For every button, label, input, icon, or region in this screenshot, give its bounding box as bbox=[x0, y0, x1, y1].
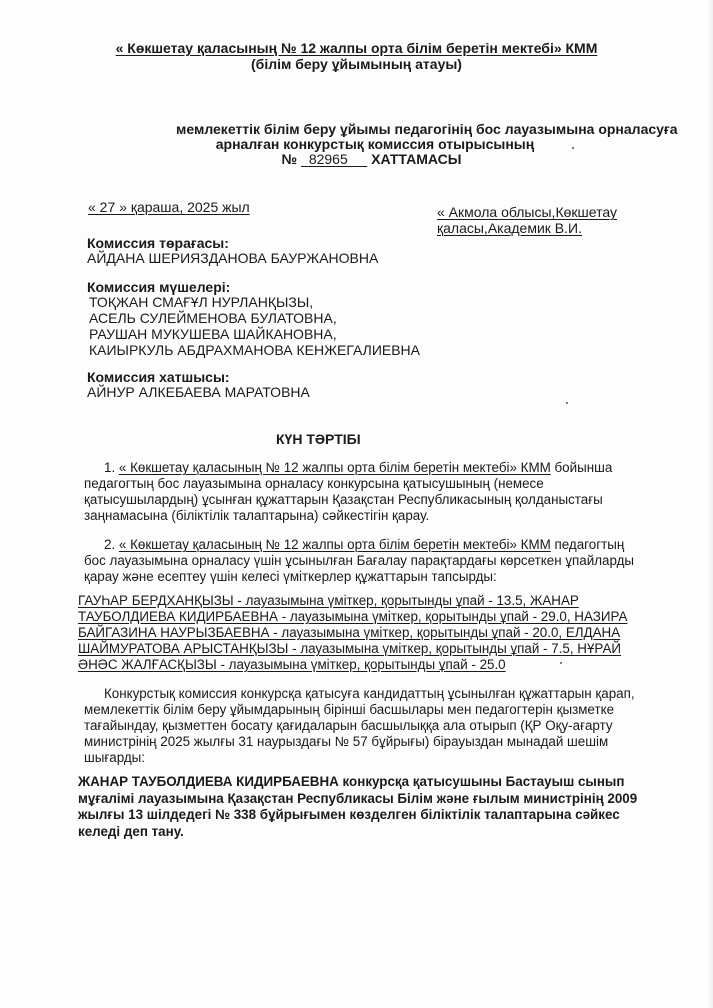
decision-paragraph: ЖАНАР ТАУБОЛДИЕВА КИДИРБАЕВНА конкурсқа … bbox=[78, 774, 658, 840]
document-page: « Көкшетау қаласының № 12 жалпы орта біл… bbox=[0, 0, 713, 1008]
agenda-item-2: 2. « Көкшетау қаласының № 12 жалпы орта … bbox=[84, 537, 644, 585]
meeting-place-line1: « Акмола облысы,Көкшетау bbox=[437, 204, 617, 220]
scan-speck bbox=[572, 147, 574, 149]
protocol-number-line: № 82965 ХАТТАМАСЫ bbox=[0, 151, 713, 167]
organization-subtitle: (білім беру ұйымының атауы) bbox=[0, 56, 713, 72]
protocol-number: 82965 bbox=[301, 151, 367, 167]
agenda-item-number: 1. bbox=[104, 460, 115, 475]
candidates-list: ГАУҺАР БЕРДХАНҚЫЗЫ - лауазымына үміткер,… bbox=[78, 593, 658, 673]
members-label: Комиссия мүшелері: bbox=[87, 279, 230, 295]
meeting-place-line2: қаласы,Академик В.И. bbox=[437, 220, 617, 236]
member-name: КАИЫРКУЛЬ АБДРАХМАНОВА КЕНЖЕГАЛИЕВНА bbox=[89, 342, 420, 358]
meeting-date: « 27 » қараша, 2025 жыл bbox=[88, 199, 250, 215]
agenda-item-org: « Көкшетау қаласының № 12 жалпы орта біл… bbox=[119, 460, 551, 475]
meeting-place: « Акмола облысы,Көкшетау қаласы,Академик… bbox=[437, 204, 617, 236]
protocol-label: ХАТТАМАСЫ bbox=[371, 151, 461, 167]
deliberation-text: Конкурстық комиссия конкурсқа қатысуға к… bbox=[84, 686, 635, 765]
secretary-label: Комиссия хатшысы: bbox=[87, 369, 230, 385]
protocol-heading-line1: мемлекеттік білім беру ұйымы педагогінің… bbox=[176, 121, 678, 137]
scan-speck bbox=[566, 402, 568, 404]
chair-label: Комиссия төрағасы: bbox=[87, 235, 229, 251]
scan-speck bbox=[560, 662, 562, 664]
agenda-item-number: 2. bbox=[104, 537, 115, 552]
agenda-item-org: « Көкшетау қаласының № 12 жалпы орта біл… bbox=[119, 537, 551, 552]
members-list: ТОҚЖАН СМАҒҰЛ НУРЛАНҚЫЗЫ, АСЕЛЬ СУЛЕЙМЕН… bbox=[89, 294, 420, 358]
agenda-title: КҮН ТӘРТІБІ bbox=[276, 431, 361, 447]
organization-title-text: « Көкшетау қаласының № 12 жалпы орта біл… bbox=[116, 40, 598, 56]
protocol-heading-line2: арналған конкурстық комиссия отырысының bbox=[0, 136, 713, 152]
member-name: АСЕЛЬ СУЛЕЙМЕНОВА БУЛАТОВНА, bbox=[89, 310, 420, 326]
member-name: ТОҚЖАН СМАҒҰЛ НУРЛАНҚЫЗЫ, bbox=[89, 294, 420, 310]
deliberation-paragraph: Конкурстық комиссия конкурсқа қатысуға к… bbox=[84, 686, 644, 766]
secretary-name: АЙНУР АЛКЕБАЕВА МАРАТОВНА bbox=[87, 384, 310, 400]
organization-title: « Көкшетау қаласының № 12 жалпы орта біл… bbox=[0, 40, 713, 56]
agenda-item-1: 1. « Көкшетау қаласының № 12 жалпы орта … bbox=[84, 460, 644, 524]
chair-name: АЙДАНА ШЕРИЯЗДАНОВА БАУРЖАНОВНА bbox=[87, 250, 378, 266]
number-sign: № bbox=[282, 151, 298, 167]
member-name: РАУШАН МУКУШЕВА ШАЙКАНОВНА, bbox=[89, 326, 420, 342]
